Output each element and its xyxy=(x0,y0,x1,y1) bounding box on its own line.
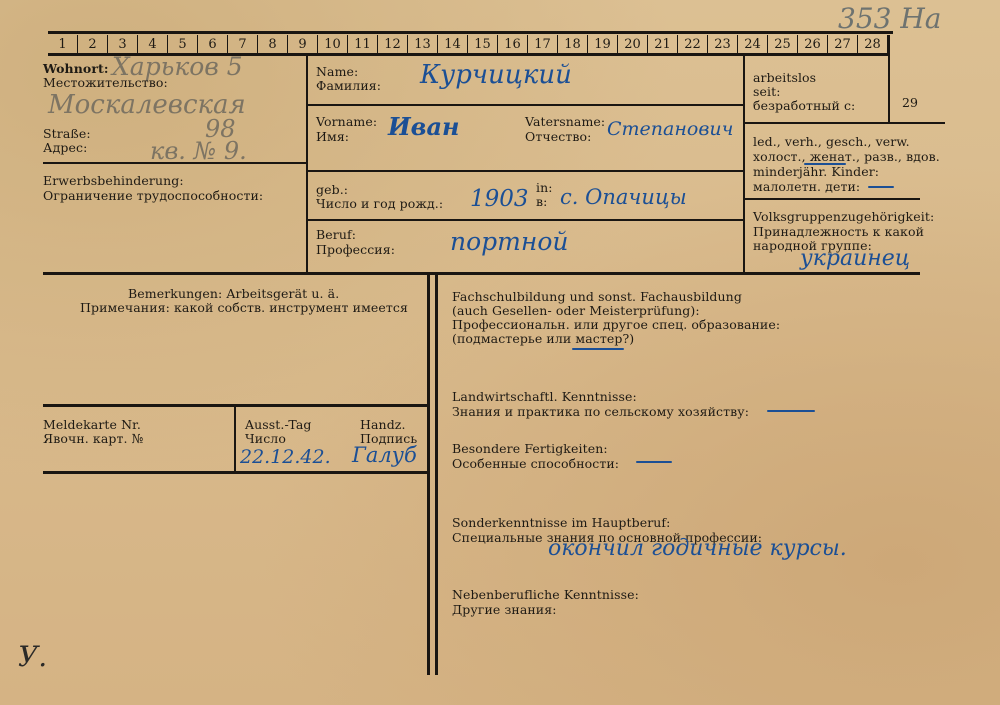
column-number-cell: 15 xyxy=(468,35,498,54)
ethnicity-value: украинец xyxy=(800,246,910,271)
residence-bottom-rule xyxy=(43,162,306,164)
column-number-cell: 24 xyxy=(738,35,768,54)
registration-bottom-rule xyxy=(43,471,427,474)
patronymic-label-de: Vatersname: xyxy=(525,115,605,129)
surname-value: Курчицкий xyxy=(420,60,572,90)
signature-value: Галуб xyxy=(352,443,417,467)
divider-left-middle xyxy=(306,56,308,273)
main-profession-knowledge-label-de: Sonderkenntnisse im Hauptberuf: xyxy=(452,516,670,530)
column-number-cell: 22 xyxy=(678,35,708,54)
unemployed-label-line2: seit: xyxy=(753,85,781,99)
column-number-cell: 23 xyxy=(708,35,738,54)
education-line2: (auch Gesellen- oder Meisterprüfung): xyxy=(452,304,700,318)
registration-card-label-de: Meldekarte Nr. xyxy=(43,418,141,432)
special-skills-label-ru: Особенные способности: xyxy=(452,457,619,471)
secondary-knowledge-label-de: Nebenberufliche Kenntnisse: xyxy=(452,588,639,602)
birth-label-ru: Число и год рожд.: xyxy=(316,197,443,211)
first-name-label-de: Vorname: xyxy=(316,115,377,129)
name-bottom-rule xyxy=(308,170,743,172)
column-number-cell: 19 xyxy=(588,35,618,54)
first-name-value: Иван xyxy=(388,112,459,141)
marital-option-widowed: вдов. xyxy=(906,149,940,164)
surname-label-de: Name: xyxy=(316,65,358,79)
column-number-cell: 18 xyxy=(558,35,588,54)
side-number-29: 29 xyxy=(902,96,918,110)
children-value-dash xyxy=(868,186,894,188)
column-number-cell: 10 xyxy=(318,35,348,54)
education-line4-suffix: ?) xyxy=(622,331,634,346)
special-skills-value-dash xyxy=(636,461,672,463)
education-option-journeyman: (подмастерье или xyxy=(452,331,575,346)
bottom-left-pencil-mark: У. xyxy=(18,640,47,673)
column-number-cell: 1 xyxy=(48,35,78,54)
issue-date-label-ru: Число xyxy=(245,432,286,446)
remarks-label-ru: Примечания: какой собств. инструмент име… xyxy=(80,301,408,315)
divider-col29 xyxy=(888,35,890,123)
column-number-cell: 2 xyxy=(78,35,108,54)
column-number-cell: 20 xyxy=(618,35,648,54)
patronymic-value: Степанович xyxy=(607,118,733,140)
birth-place-label-de: in: xyxy=(536,181,553,195)
children-bottom-rule xyxy=(745,198,920,200)
profession-label-de: Beruf: xyxy=(316,228,356,242)
main-horizontal-separator xyxy=(43,272,920,275)
unemployed-bottom-rule xyxy=(745,122,945,124)
marital-status-de: led., verh., gesch., verw. xyxy=(753,135,910,149)
marital-option-married: женат., xyxy=(810,149,860,164)
top-rule xyxy=(48,31,893,34)
column-number-cell: 14 xyxy=(438,35,468,54)
unemployed-label-line1: arbeitslos xyxy=(753,71,816,85)
residence-city-value: Харьков 5 xyxy=(112,52,243,81)
disability-label-ru: Ограничение трудоспособности: xyxy=(43,189,263,203)
residence-label-de: Wohnort: xyxy=(43,62,109,76)
street-apartment-value: кв. № 9. xyxy=(150,137,247,165)
column-number-cell: 16 xyxy=(498,35,528,54)
remarks-label-de: Bemerkungen: Arbeitsgerät u. ä. xyxy=(128,287,339,301)
unemployed-label-ru: безработный с: xyxy=(753,99,855,113)
birth-label-de: geb.: xyxy=(316,183,348,197)
children-label-ru: малолетн. дети: xyxy=(753,180,860,194)
column-number-cell: 11 xyxy=(348,35,378,54)
column-number-cell: 13 xyxy=(408,35,438,54)
issue-date-label-de: Ausst.-Tag xyxy=(245,418,312,432)
ethnicity-label-de: Volksgruppenzugehörigkeit: xyxy=(753,210,934,224)
column-number-cell: 12 xyxy=(378,35,408,54)
column-number-cell: 25 xyxy=(768,35,798,54)
education-line3: Профессиональн. или другое спец. образов… xyxy=(452,318,780,332)
issue-date-value: 22.12.42. xyxy=(240,446,331,468)
education-line4: (подмастерье или мастер?) xyxy=(452,332,634,346)
column-number-cell: 28 xyxy=(858,35,888,54)
birth-place-label-ru: в: xyxy=(536,195,547,209)
agriculture-label-de: Landwirtschaftl. Kenntnisse: xyxy=(452,390,637,404)
main-profession-knowledge-value: окончил годичные курсы. xyxy=(548,536,847,561)
children-label-de: minderjähr. Kinder: xyxy=(753,165,879,179)
master-underline-mark xyxy=(572,348,624,350)
column-number-cell: 8 xyxy=(258,35,288,54)
column-number-cell: 27 xyxy=(828,35,858,54)
registration-divider xyxy=(234,406,236,472)
street-label-ru: Адрес: xyxy=(43,141,87,155)
signature-label-de: Handz. xyxy=(360,418,406,432)
registration-card-label-ru: Явочн. карт. № xyxy=(43,432,144,446)
column-number-cell: 26 xyxy=(798,35,828,54)
divider-middle-right xyxy=(743,56,745,273)
column-number-cell: 9 xyxy=(288,35,318,54)
surname-label-ru: Фамилия: xyxy=(316,79,381,93)
profession-value: портной xyxy=(450,227,568,256)
agriculture-label-ru: Знания и практика по сельскому хозяйству… xyxy=(452,405,749,419)
agriculture-value-dash xyxy=(767,410,815,412)
double-rule-right xyxy=(435,275,438,675)
birth-year-value: 1903 xyxy=(470,186,529,212)
birth-bottom-rule xyxy=(308,219,743,221)
special-skills-label-de: Besondere Fertigkeiten: xyxy=(452,442,608,456)
profession-label-ru: Профессия: xyxy=(316,243,395,257)
marital-option-divorced: разв., xyxy=(864,149,902,164)
secondary-knowledge-label-ru: Другие знания: xyxy=(452,603,557,617)
education-line1: Fachschulbildung und sonst. Fachausbildu… xyxy=(452,290,742,304)
patronymic-label-ru: Отчество: xyxy=(525,130,591,144)
birth-place-value: с. Опачицы xyxy=(560,185,687,209)
marital-status-ru: холост., женат., разв., вдов. xyxy=(753,150,940,164)
street-label-de: Straße: xyxy=(43,127,91,141)
first-name-label-ru: Имя: xyxy=(316,130,349,144)
education-option-master: мастер xyxy=(575,331,622,346)
disability-label-de: Erwerbsbehinderung: xyxy=(43,174,184,188)
marital-option-single: холост., xyxy=(753,149,806,164)
surname-bottom-rule xyxy=(308,104,743,106)
double-rule-left xyxy=(427,275,430,675)
column-number-cell: 21 xyxy=(648,35,678,54)
column-number-cell: 17 xyxy=(528,35,558,54)
ethnicity-label-ru-line1: Принадлежность к какой xyxy=(753,225,924,239)
